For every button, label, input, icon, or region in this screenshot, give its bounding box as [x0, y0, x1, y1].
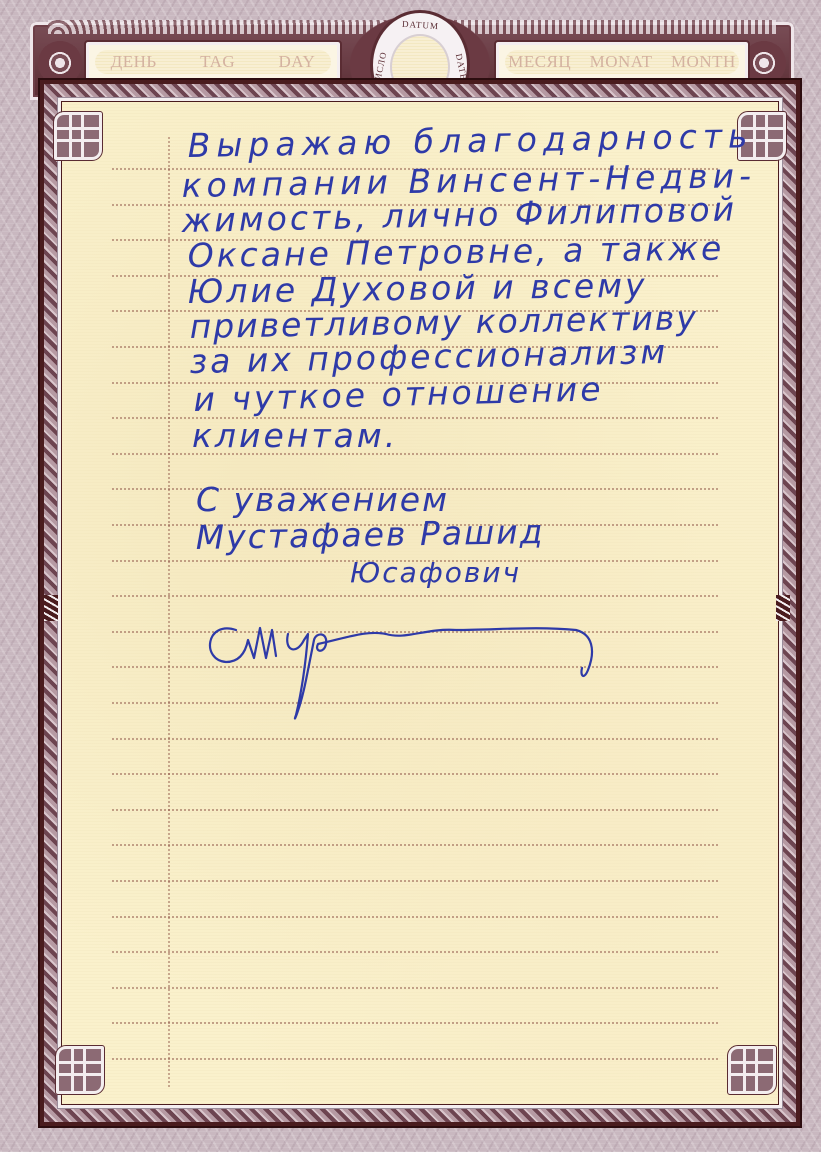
signature-scribble-icon [196, 600, 616, 730]
ruled-line [112, 773, 718, 775]
ruled-line [112, 916, 718, 918]
month-label-ru: МЕСЯЦ [508, 52, 571, 72]
ruled-line [112, 987, 718, 989]
ruled-line [112, 809, 718, 811]
day-label-en: DAY [279, 52, 316, 72]
ruled-line [112, 738, 718, 740]
day-label-ru: ДЕНЬ [111, 52, 157, 72]
ruled-line [112, 1058, 718, 1060]
ruled-line [112, 951, 718, 953]
signer-name: Мустафаев Рашид [195, 512, 544, 557]
closing-line: С уважением [196, 480, 449, 519]
ruled-line [112, 880, 718, 882]
signer-patronymic: Юсафович [350, 556, 521, 589]
guestbook-page: ДЕНЬ TAG DAY МЕСЯЦ MONAT MONTH DATUM ЧИС… [0, 0, 821, 1152]
handwritten-line: клиентам. [192, 416, 398, 455]
ruled-line [112, 595, 718, 597]
ruled-line [112, 1022, 718, 1024]
margin-line [168, 137, 170, 1087]
ruled-line [112, 844, 718, 846]
day-label-de: TAG [200, 52, 235, 72]
month-label-de: MONAT [590, 52, 653, 72]
month-label-en: MONTH [671, 52, 736, 72]
